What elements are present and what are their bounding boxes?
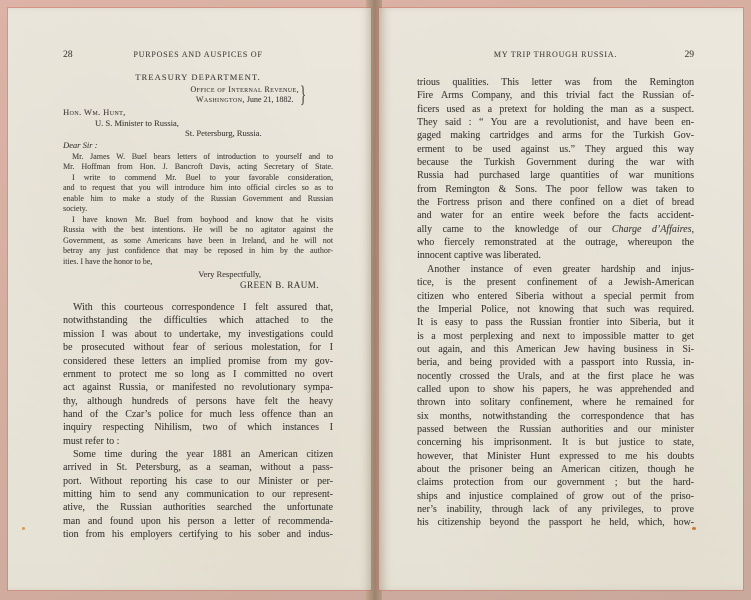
book-scan: { "palette": { "mat_pink": "#d5ad9f", "m…	[0, 0, 751, 600]
letter-body: Mr. James W. Buel bears letters of intro…	[63, 152, 333, 268]
text-line: however, that Minister Hunt expressed to…	[417, 450, 694, 463]
treasury-department-heading: TREASURY DEPARTMENT.	[63, 72, 333, 82]
office-date-line: Washington, June 21, 1882.	[190, 95, 299, 105]
text-line: With this courteous correspondence I fel…	[63, 301, 333, 314]
text-segment: ally came to the knowledge of our	[417, 224, 612, 235]
text-line: his citizenship beyond the passport he h…	[417, 516, 694, 529]
text-line: ernment to protect me so long as I commi…	[63, 368, 333, 381]
text-segment: beria, and being provided with a passpor…	[417, 357, 694, 368]
text-line: from Remington & Sons. The poor fellow w…	[417, 183, 694, 196]
text-segment: because the Turkish Government during th…	[417, 157, 694, 168]
letterhead-office-block: Office of Internal Revenue, Washington, …	[63, 85, 311, 105]
text-line: ally came to the knowledge of our Charge…	[417, 223, 694, 236]
text-line: Mr. James W. Buel bears letters of intro…	[63, 152, 333, 163]
paragraph: Another instance of even greater hardshi…	[417, 263, 694, 530]
brace-glyph: }	[300, 85, 306, 105]
text-line: mitting him to send any communication to…	[63, 488, 333, 501]
text-segment: called upon to show his papers, he was a…	[417, 384, 694, 395]
text-line: who fiercely remonstrated at the outrage…	[417, 236, 694, 249]
text-segment: tice, is the present confinement of a Je…	[417, 277, 694, 288]
right-page: MY TRIP THROUGH RUSSIA. 29 trious qualit…	[379, 8, 743, 590]
text-segment: innocent captive was liberated.	[417, 250, 541, 261]
text-segment: erment to be used against us.” They argu…	[417, 144, 694, 155]
text-segment: concerning his imprisonment. It is but j…	[417, 437, 694, 448]
text-segment: nocently crossed the Urals, and at the f…	[417, 371, 694, 382]
text-segment: the Fortress prison and there confined o…	[417, 197, 694, 208]
text-segment: is a most perplexing and next to impossi…	[417, 331, 694, 342]
text-line: arrived in St. Petersburg, as a seaman, …	[63, 461, 333, 474]
text-line: called upon to show his papers, he was a…	[417, 383, 694, 396]
text-segment: ernment to protect me so long as I commi…	[63, 369, 333, 380]
text-segment: act against Russia, or manifested no rev…	[63, 382, 333, 393]
office-place: Washington,	[196, 95, 245, 104]
text-line: the Fortress prison and there confined o…	[417, 196, 694, 209]
text-segment: ficers used as a pretext for holding the…	[417, 104, 694, 115]
text-line: thrown into solitary confinement, where …	[417, 396, 694, 409]
text-line: passed between the Russian authorities a…	[417, 423, 694, 436]
text-line: Russia had purchased large quantities of…	[417, 169, 694, 182]
text-segment: thy, although hundreds of persons have f…	[63, 396, 333, 407]
text-segment: his citizenship beyond the passport he h…	[417, 517, 694, 528]
text-line: out again, and this American Jew having …	[417, 343, 694, 356]
text-line: Another instance of even greater hardshi…	[417, 263, 694, 276]
address-line-city: St. Petersburg, Russia.	[185, 128, 333, 138]
running-head-left: 28 PURPOSES AND AUSPICES OF	[63, 50, 333, 61]
text-segment: ships and injustice complained of grow o…	[417, 491, 694, 502]
running-title-left: PURPOSES AND AUSPICES OF	[89, 50, 307, 59]
text-segment: gaged making cartridges and arms for the…	[417, 130, 694, 141]
text-line: betray any just confidence that may be r…	[63, 246, 333, 257]
office-date: June 21, 1882.	[245, 95, 294, 104]
text-line: thy, although hundreds of persons have f…	[63, 395, 333, 408]
running-title-right: MY TRIP THROUGH RUSSIA.	[443, 50, 668, 59]
text-line: ficers used as a pretext for holding the…	[417, 103, 694, 116]
text-segment: out again, and this American Jew having …	[417, 344, 694, 355]
text-segment: claims protection from our government ; …	[417, 477, 694, 488]
paragraph: Mr. James W. Buel bears letters of intro…	[63, 152, 333, 173]
letterhead-office-lines: Office of Internal Revenue, Washington, …	[190, 85, 299, 105]
left-page: 28 PURPOSES AND AUSPICES OF TREASURY DEP…	[8, 8, 371, 590]
signature: GREEN B. RAUM.	[63, 280, 319, 291]
text-segment: Mr. James W. Buel bears letters of intro…	[72, 152, 333, 161]
text-segment: citizen who entered Siberia without a sp…	[417, 291, 694, 302]
left-page-body-text: With this courteous correspondence I fel…	[63, 301, 333, 541]
text-segment: about the prisoner being an American cit…	[417, 464, 694, 475]
text-line: Fire Arms Company, and this trivial fact…	[417, 89, 694, 102]
text-segment: With this courteous correspondence I fel…	[73, 302, 333, 313]
text-segment: I write to commend Mr. Buel to your favo…	[72, 173, 333, 182]
text-segment: It is easy to pass the Russian frontier …	[417, 317, 694, 328]
text-line: considered these letters an implied prom…	[63, 355, 333, 368]
text-line: ner’s inability, through lack of any pri…	[417, 503, 694, 516]
text-segment: tion from his employers certifying to hi…	[63, 529, 333, 540]
foxing-spot	[692, 527, 696, 530]
text-segment: be prosecuted without fear of serious mo…	[63, 342, 333, 353]
text-segment: the Imperial Police, not knowing that su…	[417, 304, 694, 315]
text-segment: mission I was about to undertake, my inv…	[63, 329, 333, 340]
foxing-spot	[22, 527, 25, 530]
text-segment: who fiercely remonstrated at the outrage…	[417, 237, 694, 248]
text-segment: port. Without reporting his case to our …	[63, 476, 333, 487]
text-line: and water for an entire week before the …	[417, 209, 694, 222]
text-line: Some time during the year 1881 an Americ…	[63, 448, 333, 461]
address-line-title: U. S. Minister to Russia,	[95, 118, 333, 128]
text-line: I have known Mr. Buel from boyhood and k…	[63, 215, 333, 226]
text-line: hand of the Czar’s police for much less …	[63, 408, 333, 421]
text-line: is a most perplexing and next to impossi…	[417, 330, 694, 343]
text-line: claims protection from our government ; …	[417, 476, 694, 489]
text-line: innocent captive was liberated.	[417, 249, 694, 262]
text-segment: Russia had purchased large quantities of…	[417, 170, 694, 181]
text-line: tice, is the present confinement of a Je…	[417, 276, 694, 289]
text-line: ative, the Russian authorities searched …	[63, 501, 333, 514]
text-line: be prosecuted without fear of serious mo…	[63, 341, 333, 354]
text-segment: however, that Minister Hunt expressed to…	[417, 451, 694, 462]
text-segment: enable him to make a study of the Russia…	[63, 194, 333, 203]
text-segment: ative, the Russian authorities searched …	[63, 502, 333, 513]
text-segment: They said : “ You are a revolutionist, a…	[417, 117, 694, 128]
text-line: It is easy to pass the Russian frontier …	[417, 316, 694, 329]
text-segment: thrown into solitary confinement, where …	[417, 397, 694, 408]
salutation: Dear Sir :	[63, 140, 333, 150]
text-segment: must refer to :	[63, 436, 119, 447]
text-line: because the Turkish Government during th…	[417, 156, 694, 169]
text-line: nocently crossed the Urals, and at the f…	[417, 370, 694, 383]
text-line: concerning his imprisonment. It is but j…	[417, 436, 694, 449]
text-segment: Russia with the best intentions. He will…	[63, 225, 333, 234]
text-line: man and found upon his person a letter o…	[63, 515, 333, 528]
text-line: citizen who entered Siberia without a sp…	[417, 290, 694, 303]
text-segment: arrived in St. Petersburg, as a seaman, …	[63, 462, 333, 473]
text-segment: Government, as some Americans have been …	[63, 236, 333, 245]
page-number-left: 28	[63, 50, 89, 60]
text-line: ships and injustice complained of grow o…	[417, 490, 694, 503]
text-segment: trious qualities. This letter was from t…	[417, 77, 694, 88]
text-segment: Fire Arms Company, and this trivial fact…	[417, 90, 694, 101]
text-line: ities. I have the honor to be,	[63, 257, 333, 268]
text-segment: Mr. Hoffman from Hon. J. Bancroft Davis,…	[63, 162, 333, 171]
paragraph: With this courteous correspondence I fel…	[63, 301, 333, 448]
text-line: enable him to make a study of the Russia…	[63, 194, 333, 205]
text-line: port. Without reporting his case to our …	[63, 475, 333, 488]
text-segment: hand of the Czar’s police for much less …	[63, 409, 333, 420]
text-line: act against Russia, or manifested no rev…	[63, 381, 333, 394]
text-segment: considered these letters an implied prom…	[63, 356, 333, 367]
address-block: Hon. Wm. Hunt, U. S. Minister to Russia,…	[63, 107, 333, 138]
text-line: six months, notwithstanding the correspo…	[417, 410, 694, 423]
paragraph: trious qualities. This letter was from t…	[417, 76, 694, 263]
text-line: society.	[63, 204, 333, 215]
text-line: the Imperial Police, not knowing that su…	[417, 303, 694, 316]
text-segment: six months, notwithstanding the correspo…	[417, 411, 694, 422]
text-line: mission I was about to undertake, my inv…	[63, 328, 333, 341]
text-segment: Another instance of even greater hardshi…	[427, 264, 694, 275]
text-line: must refer to :	[63, 435, 333, 448]
paragraph: Some time during the year 1881 an Americ…	[63, 448, 333, 541]
paragraph: I write to commend Mr. Buel to your favo…	[63, 173, 333, 215]
text-segment: society.	[63, 204, 87, 213]
text-segment: and to request that you will introduce h…	[63, 183, 333, 192]
right-page-body-text: trious qualities. This letter was from t…	[417, 76, 694, 530]
text-line: gaged making cartridges and arms for the…	[417, 129, 694, 142]
text-segment: Some time during the year 1881 an Americ…	[73, 449, 333, 460]
text-line: Mr. Hoffman from Hon. J. Bancroft Davis,…	[63, 162, 333, 173]
text-line: trious qualities. This letter was from t…	[417, 76, 694, 89]
text-line: erment to be used against us.” They argu…	[417, 143, 694, 156]
text-line: and to request that you will introduce h…	[63, 183, 333, 194]
text-line: tion from his employers certifying to hi…	[63, 528, 333, 541]
text-segment: passed between the Russian authorities a…	[417, 424, 694, 435]
text-line: They said : “ You are a revolutionist, a…	[417, 116, 694, 129]
text-segment: notwithstanding the difficulties which a…	[63, 315, 333, 326]
text-segment: ities. I have the honor to be,	[63, 257, 152, 266]
text-segment: I have known Mr. Buel from boyhood and k…	[72, 215, 333, 224]
text-segment: mitting him to send any communication to…	[63, 489, 333, 500]
text-line: about the prisoner being an American cit…	[417, 463, 694, 476]
italic-text: Charge d’Affaires	[612, 224, 692, 235]
text-line: inquiry respecting Nihilism, two of whic…	[63, 421, 333, 434]
text-segment: ,	[692, 224, 695, 235]
office-line: Office of Internal Revenue,	[190, 85, 299, 95]
text-line: Government, as some Americans have been …	[63, 236, 333, 247]
address-line-recipient: Hon. Wm. Hunt,	[63, 107, 333, 117]
text-segment: ner’s inability, through lack of any pri…	[417, 504, 694, 515]
text-segment: man and found upon his person a letter o…	[63, 516, 333, 527]
text-line: I write to commend Mr. Buel to your favo…	[63, 173, 333, 184]
text-segment: betray any just confidence that may be r…	[63, 246, 333, 255]
running-head-right: MY TRIP THROUGH RUSSIA. 29	[417, 50, 694, 61]
text-line: beria, and being provided with a passpor…	[417, 356, 694, 369]
page-number-right: 29	[668, 50, 694, 60]
text-line: Russia with the best intentions. He will…	[63, 225, 333, 236]
paragraph: I have known Mr. Buel from boyhood and k…	[63, 215, 333, 268]
text-segment: and water for an entire week before the …	[417, 210, 694, 221]
text-line: notwithstanding the difficulties which a…	[63, 314, 333, 327]
valediction: Very Respectfully,	[63, 269, 261, 279]
text-segment: inquiry respecting Nihilism, two of whic…	[63, 422, 333, 433]
text-segment: from Remington & Sons. The poor fellow w…	[417, 184, 694, 195]
